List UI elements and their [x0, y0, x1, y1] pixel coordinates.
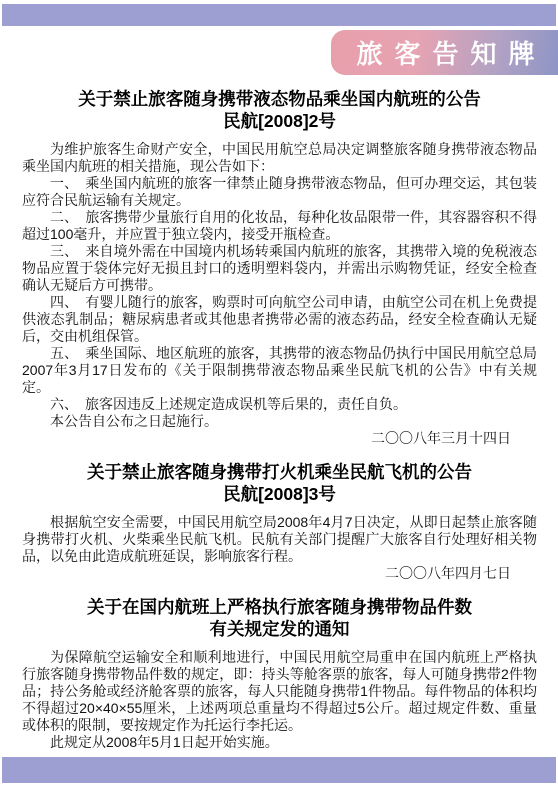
top-decor-bar [2, 4, 556, 26]
notice-date: 二〇〇八年四月七日 [22, 565, 537, 582]
notice-paragraph: 一、 乘坐国内航班的旅客一律禁止随身携带液态物品，但可办理交运，其包装应符合民航… [22, 175, 537, 209]
notice-lighters-section: 关于禁止旅客随身携带打火机乘坐民航飞机的公告 民航[2008]3号 根据航空安全… [22, 461, 537, 582]
notice-paragraph: 本公告自公布之日起施行。 [22, 413, 537, 430]
notice-paragraph: 五、 乘坐国际、地区航班的旅客，其携带的液态物品仍执行中国民用航空总局2007年… [22, 345, 537, 396]
notice-doc-number: 民航[2008]3号 [22, 483, 537, 505]
notice-liquids-title: 关于禁止旅客随身携带液态物品乘坐国内航班的公告 民航[2008]2号 [22, 88, 537, 132]
notice-paragraph: 二、 旅客携带少量旅行自用的化妆品，每种化妆品限带一件，其容器容积不得超过100… [22, 209, 537, 243]
notice-paragraph: 此规定从2008年5月1日起开始实施。 [22, 734, 537, 751]
notice-paragraph: 为保障航空运输安全和顺利地进行，中国民用航空局重申在国内航班上严格执行旅客随身携… [22, 649, 537, 734]
notice-doc-number: 民航[2008]2号 [22, 110, 537, 132]
notice-paragraph: 四、 有婴儿随行的旅客，购票时可向航空公司申请，由航空公司在机上免费提供液态乳制… [22, 294, 537, 345]
notice-paragraph: 为维护旅客生命财产安全，中国民用航空总局决定调整旅客随身携带液态物品乘坐国内航班… [22, 141, 537, 175]
notice-paragraph: 六、 旅客因违反上述规定造成误机等后果的，责任自负。 [22, 396, 537, 413]
notice-board-content: 关于禁止旅客随身携带液态物品乘坐国内航班的公告 民航[2008]2号 为维护旅客… [22, 88, 537, 775]
notice-liquids-body: 为维护旅客生命财产安全，中国民用航空总局决定调整旅客随身携带液态物品乘坐国内航班… [22, 141, 537, 447]
notice-title-line: 关于禁止旅客随身携带液态物品乘坐国内航班的公告 [22, 88, 537, 110]
notice-paragraph: 三、 来自境外需在中国境内机场转乘国内航班的旅客，其携带入境的免税液态物品应置于… [22, 243, 537, 294]
notice-title-line: 关于在国内航班上严格执行旅客随身携带物品件数 [22, 596, 537, 618]
notice-lighters-title: 关于禁止旅客随身携带打火机乘坐民航飞机的公告 民航[2008]3号 [22, 461, 537, 505]
notice-paragraph: 根据航空安全需要，中国民用航空局2008年4月7日决定，从即日起禁止旅客随身携带… [22, 514, 537, 565]
banner-label: 旅客告知牌 [356, 34, 546, 71]
notice-title-line: 有关规定发的通知 [22, 618, 537, 640]
bottom-decor-bar [2, 757, 556, 783]
notice-liquids-section: 关于禁止旅客随身携带液态物品乘坐国内航班的公告 民航[2008]2号 为维护旅客… [22, 88, 537, 447]
banner: 旅客告知牌 [331, 30, 558, 75]
notice-lighters-body: 根据航空安全需要，中国民用航空局2008年4月7日决定，从即日起禁止旅客随身携带… [22, 514, 537, 582]
notice-date: 二〇〇八年三月十四日 [22, 430, 537, 447]
notice-carryon-limit-title: 关于在国内航班上严格执行旅客随身携带物品件数 有关规定发的通知 [22, 596, 537, 640]
notice-title-line: 关于禁止旅客随身携带打火机乘坐民航飞机的公告 [22, 461, 537, 483]
notice-carryon-limit-section: 关于在国内航班上严格执行旅客随身携带物品件数 有关规定发的通知 为保障航空运输安… [22, 596, 537, 775]
